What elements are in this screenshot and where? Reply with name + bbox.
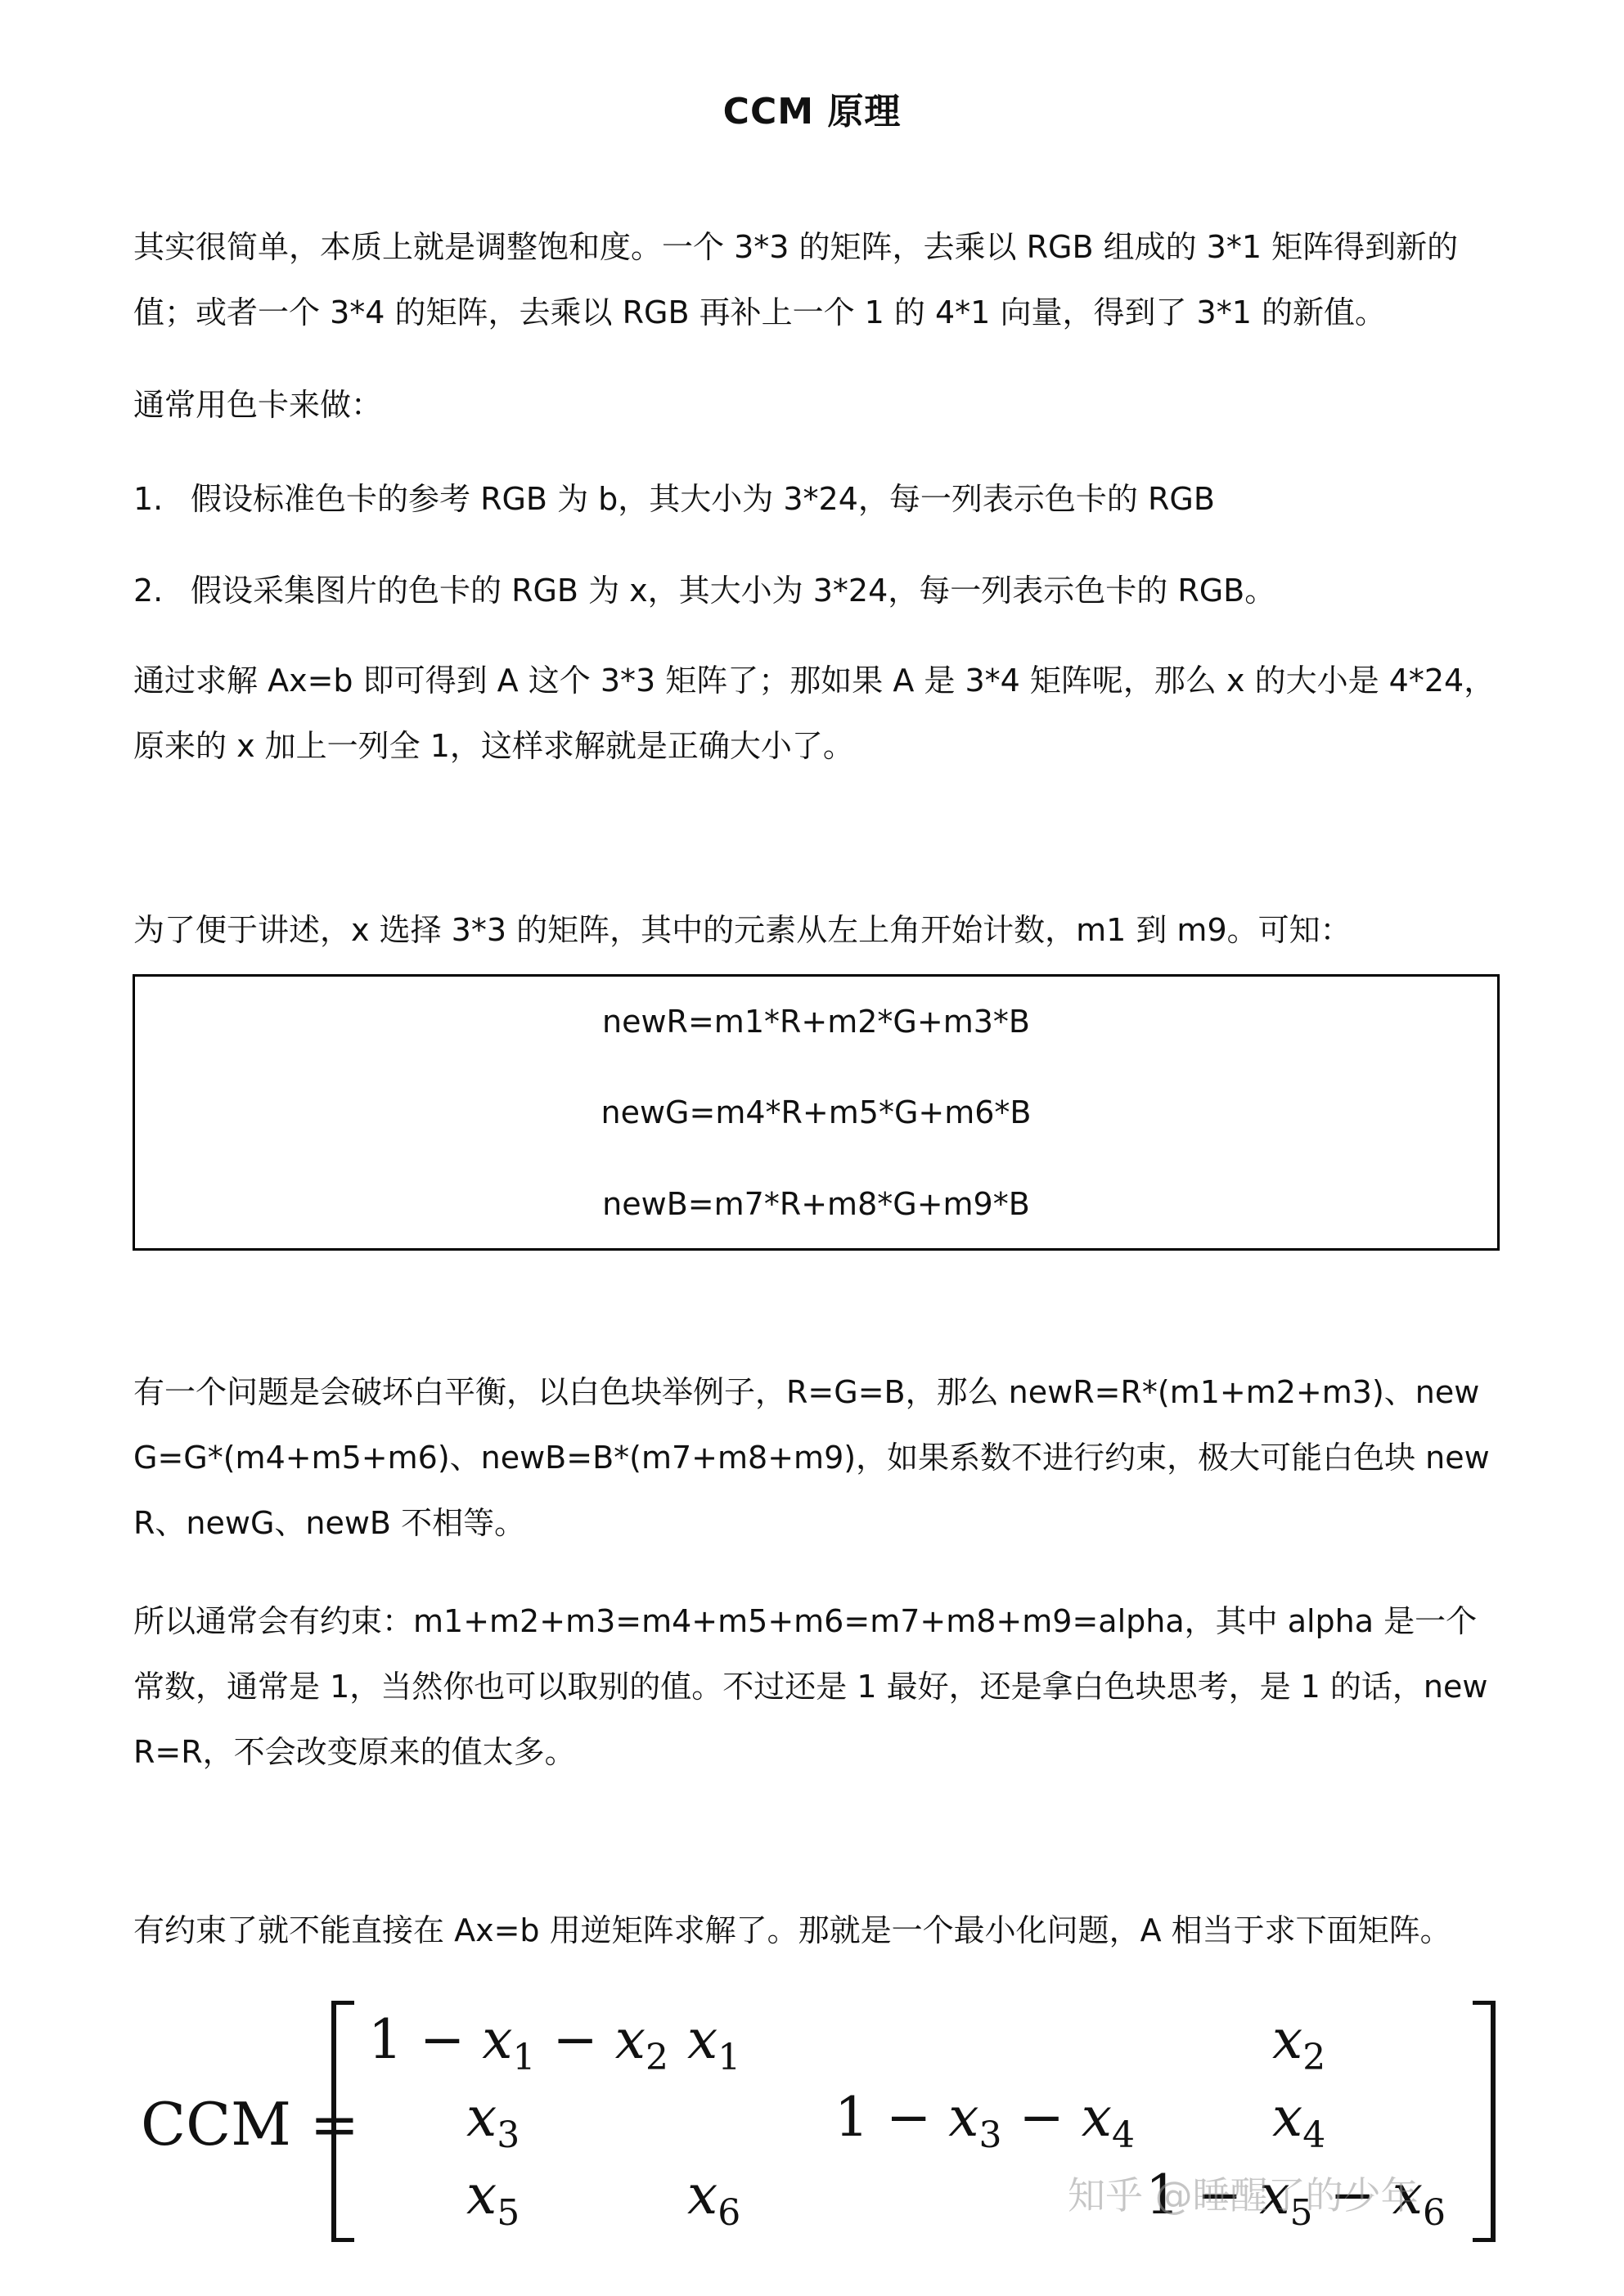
intro-paragraph: 其实很简单，本质上就是调整饱和度。一个 3*3 的矩阵，去乘以 RGB 组成的 … (133, 214, 1501, 345)
notation-paragraph: 为了便于讲述，x 选择 3*3 的矩阵，其中的元素从左上角开始计数，m1 到 m… (133, 897, 1501, 963)
matrix-cell-r1c3: x2 (1272, 2008, 1325, 2078)
list-item: 1.假设标准色卡的参考 RGB 为 b，其大小为 3*24，每一列表示色卡的 R… (133, 479, 1215, 519)
matrix-cell-r1c2: x1 (687, 2008, 740, 2078)
document-title: CCM 原理 (0, 82, 1624, 134)
formula-new-r: newR=m1*R+m2*G+m3*B (135, 1001, 1497, 1042)
list-item-number: 1. (133, 479, 191, 519)
list-item-text: 假设采集图片的色卡的 RGB 为 x，其大小为 3*24，每一列表示色卡的 RG… (191, 573, 1275, 609)
formula-new-b: newB=m7*R+m8*G+m9*B (135, 1184, 1497, 1224)
matrix-cell-r2c3: x4 (1272, 2086, 1325, 2156)
problem-paragraph: 有一个问题是会破坏白平衡，以白色块举例子，R=G=B，那么 newR=R*(m1… (133, 1359, 1501, 1556)
ccm-label: CCM = (141, 2090, 359, 2159)
list-item-number: 2. (133, 570, 191, 611)
watermark: 知乎 @睡醒了的少年 (1068, 2166, 1419, 2220)
formula-new-g: newG=m4*R+m5*G+m6*B (135, 1092, 1497, 1133)
list-item-text: 假设标准色卡的参考 RGB 为 b，其大小为 3*24，每一列表示色卡的 RGB (191, 481, 1215, 517)
matrix-cell-r3c1: x5 (466, 2163, 520, 2234)
left-bracket (331, 2001, 354, 2242)
minimize-paragraph: 有约束了就不能直接在 Ax=b 用逆矩阵求解了。那就是一个最小化问题，A 相当于… (133, 1898, 1501, 1963)
usage-paragraph: 通常用色卡来做： (133, 372, 1501, 438)
constraint-paragraph: 所以通常会有约束：m1+m2+m3=m4+m5+m6=m7+m8+m9=alph… (133, 1588, 1501, 1785)
solve-paragraph: 通过求解 Ax=b 即可得到 A 这个 3*3 矩阵了；那如果 A 是 3*4 … (133, 648, 1501, 779)
list-item: 2.假设采集图片的色卡的 RGB 为 x，其大小为 3*24，每一列表示色卡的 … (133, 570, 1275, 611)
matrix-cell-r1c1: 1 − x1 − x2 (368, 2008, 668, 2078)
formula-box: newR=m1*R+m2*G+m3*B newG=m4*R+m5*G+m6*B … (133, 974, 1500, 1251)
matrix-cell-r2c1: x3 (466, 2086, 520, 2156)
right-bracket (1473, 2001, 1496, 2242)
matrix-cell-r2c2: 1 − x3 − x4 (834, 2086, 1135, 2156)
matrix-cell-r3c2: x6 (687, 2163, 740, 2234)
ccm-matrix-equation: CCM = 1 − x1 − x2 x1 x2 x3 1 − x3 − x4 x… (131, 1996, 1505, 2266)
